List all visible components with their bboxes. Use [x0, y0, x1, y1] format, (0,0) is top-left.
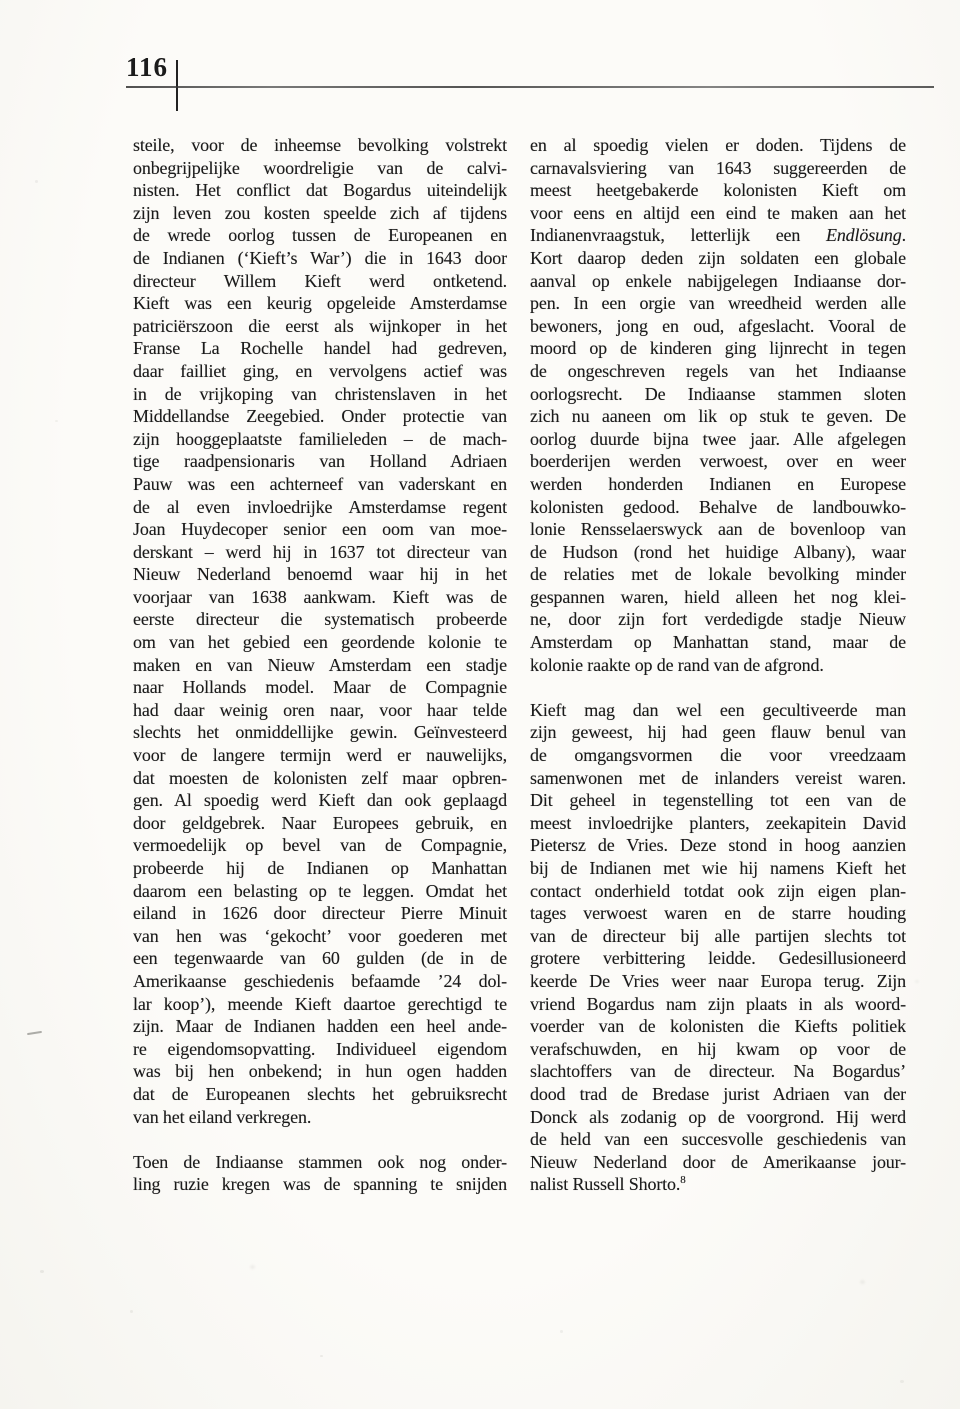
text-line: zijn. Maar de Indianen hadden een heel a… [133, 1015, 507, 1038]
text-line: verafschuwden, en hij kwam op voor de [530, 1038, 906, 1061]
text-line: lonie Rensselaerswyck aan de bovenloop v… [530, 518, 906, 541]
scan-speckle [55, 420, 58, 422]
scan-speckle [560, 1330, 563, 1333]
text-line: samenwonen met de inlanders vereist ware… [530, 767, 906, 790]
text-line: patriciërszoon die eerst als wijnkoper i… [133, 315, 507, 338]
text-line: kolonie raakte op de rand van de afgrond… [530, 654, 906, 677]
text-line: dat moesten de kolonisten zelf maar opbr… [133, 767, 507, 790]
text-line: Amsterdam op Manhattan stand, maar de [530, 631, 906, 654]
scan-speckle [130, 1310, 133, 1313]
text-line: was bij hen onbekend; in hun ogen hadden [133, 1060, 507, 1083]
text-line: zijn leven zou kosten speelde zich af ti… [133, 202, 507, 225]
text-line: eiland in 1626 door directeur Pierre Min… [133, 902, 507, 925]
text-line: gespannen waren, hield alleen het nog kl… [530, 586, 906, 609]
text-line: dat de Europeanen slechts het gebruiksre… [133, 1083, 507, 1106]
text-line: tages verwoest waren en de starre houdin… [530, 902, 906, 925]
text-column-right: en al spoedig vielen er doden. Tijdens d… [530, 134, 906, 1196]
text-line: van het eiland verkregen. [133, 1106, 507, 1129]
text-line: bewoners, jong en oud, afgeslacht. Voora… [530, 315, 906, 338]
text-line: boerderijen werden verwoest, over en wee… [530, 450, 906, 473]
text-line: steile, voor de inheemse bevolking volst… [133, 134, 507, 157]
text-line: zich nu aaneen om lik op stuk te geven. … [530, 405, 906, 428]
scan-speckle [900, 1380, 904, 1383]
text-line: Kieft was een keurig opgeleide Amsterdam… [133, 292, 507, 315]
text-line: slachtoffers van de directeur. Na Bogard… [530, 1060, 906, 1083]
text-line: vriend Bogardus nam zijn plaats in als w… [530, 993, 906, 1016]
text-line: Dit geheel in tegenstelling tot een van … [530, 789, 906, 812]
text-line: meest invloedrijke planters, zeekapitein… [530, 812, 906, 835]
text-line: lar koop’), meende Kieft daartoe gerecht… [133, 993, 507, 1016]
text-line: nisten. Het conflict dat Bogardus uitein… [133, 179, 507, 202]
text-line: probeerde hij de Indianen op Manhattan [133, 857, 507, 880]
text-line: de Indianen (‘Kieft’s War’) die in 1643 … [133, 247, 507, 270]
text-line: naar Hollands model. Maar de Compagnie [133, 676, 507, 699]
book-page: 116 steile, voor de inheemse bevolking v… [0, 0, 960, 1409]
text-line: daarom een belasting op te leggen. Omdat… [133, 880, 507, 903]
header-horizontal-rule [126, 86, 934, 88]
text-line: Middellandse Zeegebied. Onder protectie … [133, 405, 507, 428]
text-line: contact onderhield totdat ook zijn eigen… [530, 880, 906, 903]
page-number: 116 [126, 52, 168, 83]
text-line: ne, door zijn fort verdedigde stadje Nie… [530, 608, 906, 631]
text-line: Kort daarop deden zijn soldaten een glob… [530, 247, 906, 270]
text-line: slechts het onmiddellijke gewin. Geïnves… [133, 721, 507, 744]
text-line: aanval op enkele nabijgelegen Indiaanse … [530, 270, 906, 293]
text-line: de al even invloedrijke Amsterdamse rege… [133, 496, 507, 519]
text-line: de omgangsvormen die voor vreedzaam [530, 744, 906, 767]
paragraph-break [133, 1128, 507, 1151]
text-line: carnavalsviering van 1643 suggereerden d… [530, 157, 906, 180]
text-line: pen. In een orgie van wreedheid werden a… [530, 292, 906, 315]
text-line: en al spoedig vielen er doden. Tijdens d… [530, 134, 906, 157]
text-line: Pauw was een achterneef van vaderskant e… [133, 473, 507, 496]
text-line: moord op de kinderen ging lijnrecht in t… [530, 337, 906, 360]
scan-speckle [915, 980, 919, 983]
text-line: de held van een succesvolle geschiedenis… [530, 1128, 906, 1151]
text-line: dood trad de Bredase jurist Adriaen van … [530, 1083, 906, 1106]
text-line: Toen de Indiaanse stammen ook nog onder- [133, 1151, 507, 1174]
text-line: door geldgebrek. Naar Europees gebruik, … [133, 812, 507, 835]
text-line: werden honderden Indianen en Europese [530, 473, 906, 496]
text-line: zijn geweest, hij had geen flauw benul v… [530, 721, 906, 744]
text-line: gen. Al spoedig werd Kieft dan ook gepla… [133, 789, 507, 812]
text-line: Kieft mag dan wel een gecultiveerde man [530, 699, 906, 722]
text-line: om van het gebied een geordende kolonie … [133, 631, 507, 654]
scan-speckle [40, 1270, 44, 1273]
text-line: nalist Russell Shorto.8 [530, 1173, 906, 1196]
text-line: oorlog duurde bijna twee jaar. Alle afge… [530, 428, 906, 451]
text-line: Donck als zodanig op de voorgrond. Hij w… [530, 1106, 906, 1129]
text-line: maken en van Nieuw Amsterdam een stadje [133, 654, 507, 677]
text-line: voor de langere termijn werd er nauwelij… [133, 744, 507, 767]
text-line: grotere verbittering leidde. Gedesillusi… [530, 947, 906, 970]
text-line: voerder van de kolonisten die Kiefts pol… [530, 1015, 906, 1038]
text-line: oorlogsrecht. De Indiaanse stammen slote… [530, 383, 906, 406]
text-line: een tegenwaarde van 60 gulden (de in de [133, 947, 507, 970]
text-line: bij de Indianen met wie hij namens Kieft… [530, 857, 906, 880]
text-line: had daar weinig oren naar, voor haar tel… [133, 699, 507, 722]
text-line: derskant – werd hij in 1637 tot directeu… [133, 541, 507, 564]
text-line: de Hudson (rond het huidige Albany), waa… [530, 541, 906, 564]
text-line: keerde De Vries weer naar Europa terug. … [530, 970, 906, 993]
text-line: onbegrijpelijke woordreligie van de calv… [133, 157, 507, 180]
paragraph-break [530, 676, 906, 699]
text-line: in de vrijkoping van christenslaven in h… [133, 383, 507, 406]
text-line: van hen was ‘gekocht’ voor goederen met [133, 925, 507, 948]
text-line: Nieuw Nederland benoemd waar hij in het [133, 563, 507, 586]
text-line: kolonisten gedood. Behalve de landbouwko… [530, 496, 906, 519]
scan-speckle [860, 1280, 865, 1284]
text-line: eerste directeur die systematisch probee… [133, 608, 507, 631]
text-column-left: steile, voor de inheemse bevolking volst… [133, 134, 507, 1196]
text-line: de relaties met de lokale bevolking mind… [530, 563, 906, 586]
text-line: meest heetgebakerde kolonisten Kieft om [530, 179, 906, 202]
scan-speckle [35, 180, 38, 183]
text-line: Indianenvraagstuk, letterlijk een Endlös… [530, 224, 906, 247]
text-line: Joan Huydecoper senior een oom van moe- [133, 518, 507, 541]
text-line: de ongeschreven regels van het Indiaanse [530, 360, 906, 383]
text-line: Pietersz de Vries. Deze stond in hoog aa… [530, 834, 906, 857]
text-line: voor eens en altijd een eind te maken aa… [530, 202, 906, 225]
text-line: directeur Willem Kieft werd ontketend. [133, 270, 507, 293]
text-line: tige raadpensionaris van Holland Adriaen [133, 450, 507, 473]
text-line: de wrede oorlog tussen de Europeanen en [133, 224, 507, 247]
text-line: vermoedelijk op bevel van de Compagnie, [133, 834, 507, 857]
text-line: van de directeur bij alle partijen slech… [530, 925, 906, 948]
text-line: ling ruzie kregen was de spanning te sni… [133, 1173, 507, 1196]
text-line: re eigendomsopvatting. Individueel eigen… [133, 1038, 507, 1061]
text-line: voorjaar van 1638 aankwam. Kieft was de [133, 586, 507, 609]
text-line: Nieuw Nederland door de Amerikaanse jour… [530, 1151, 906, 1174]
scan-speckle [250, 1265, 255, 1269]
text-line: zijn hooggeplaatste familieleden – de ma… [133, 428, 507, 451]
text-line: Amerikaanse geschiedenis befaamde ’24 do… [133, 970, 507, 993]
scan-speckle [320, 1355, 323, 1357]
text-line: daar failliet ging, en vervolgens actief… [133, 360, 507, 383]
text-line: Franse La Rochelle handel had gedreven, [133, 337, 507, 360]
footnote-marker: 8 [680, 1174, 685, 1186]
margin-pencil-mark [27, 1031, 42, 1035]
